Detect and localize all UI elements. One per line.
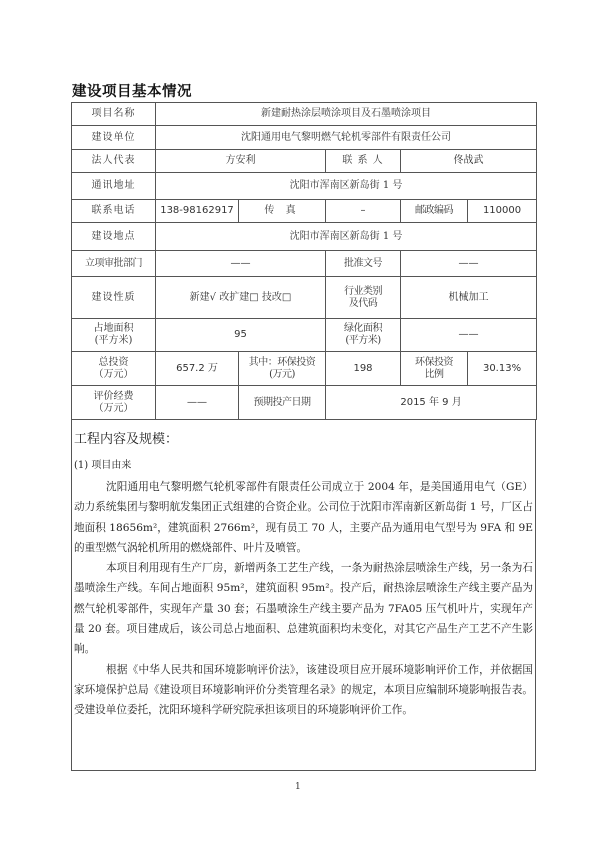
content-body: 沈阳通用电气黎明燃气轮机零部件有限责任公司成立于 2004 年，是美国通用电气（… xyxy=(74,477,533,721)
row-investment: 总投资 （万元） 657.2 万 其中：环保投资 (万元) 198 环保投资 比… xyxy=(72,352,537,386)
green-area-label-line2: (平方米) xyxy=(326,335,400,347)
row-site: 建设地点 沈阳市浑南区新岛街 1 号 xyxy=(72,223,537,251)
builder-label: 建设单位 xyxy=(72,126,156,150)
row-nature: 建设性质 新建√ 改扩建□ 技改□ 行业类别 及代码 机械加工 xyxy=(72,277,537,319)
project-name-value: 新建耐热涂层喷涂项目及石墨喷涂项目 xyxy=(156,103,537,126)
eval-fee-value: —— xyxy=(156,386,239,420)
investment-label-line2: （万元） xyxy=(72,369,155,381)
green-area-value: —— xyxy=(401,319,537,352)
nature-label: 建设性质 xyxy=(72,277,156,319)
fax-label: 传 真 xyxy=(239,200,326,223)
investment-label: 总投资 （万元） xyxy=(72,352,156,386)
env-investment-label-line1: 其中：环保投资 xyxy=(239,357,325,369)
approval-doc-label: 批准文号 xyxy=(326,251,401,277)
eval-fee-label-line2: （万元） xyxy=(72,403,155,415)
page-number: 1 xyxy=(295,782,301,792)
approval-dept-value: —— xyxy=(156,251,326,277)
row-approval: 立项审批部门 —— 批准文号 —— xyxy=(72,251,537,277)
contact-value: 佟战武 xyxy=(401,150,537,173)
industry-label-line1: 行业类别 xyxy=(326,286,400,298)
builder-value: 沈阳通用电气黎明燃气轮机零部件有限责任公司 xyxy=(156,126,537,150)
section-heading: 建设项目基本情况 xyxy=(72,80,192,101)
row-address: 通讯地址 沈阳市浑南区新岛街 1 号 xyxy=(72,173,537,200)
investment-value: 657.2 万 xyxy=(156,352,239,386)
green-area-label-line1: 绿化面积 xyxy=(326,323,400,335)
legal-rep-label: 法人代表 xyxy=(72,150,156,173)
project-content-box: 工程内容及规模： (1) 项目由来 沈阳通用电气黎明燃气轮机零部件有限责任公司成… xyxy=(71,419,536,771)
env-investment-label-line2: (万元) xyxy=(239,369,325,381)
eval-fee-label-line1: 评价经费 xyxy=(72,391,155,403)
eval-fee-label: 评价经费 （万元） xyxy=(72,386,156,420)
paragraph-1: 沈阳通用电气黎明燃气轮机零部件有限责任公司成立于 2004 年，是美国通用电气（… xyxy=(74,477,533,558)
paragraph-2: 本项目利用现有生产厂房，新增两条工艺生产线，一条为耐热涂层喷涂生产线，另一条为石… xyxy=(74,558,533,659)
phone-label: 联系电话 xyxy=(72,200,156,223)
production-date-value: 2015 年 9 月 xyxy=(326,386,537,420)
production-date-label: 预期投产日期 xyxy=(239,386,326,420)
fax-value: – xyxy=(326,200,401,223)
industry-label: 行业类别 及代码 xyxy=(326,277,401,319)
env-investment-value: 198 xyxy=(326,352,401,386)
postcode-value: 110000 xyxy=(468,200,537,223)
green-area-label: 绿化面积 (平方米) xyxy=(326,319,401,352)
legal-rep-value: 方安利 xyxy=(156,150,326,173)
site-label: 建设地点 xyxy=(72,223,156,251)
area-value: 95 xyxy=(156,319,326,352)
project-name-label: 项目名称 xyxy=(72,103,156,126)
approval-doc-value: —— xyxy=(401,251,537,277)
postcode-label: 邮政编码 xyxy=(401,200,468,223)
env-ratio-label: 环保投资 比例 xyxy=(401,352,468,386)
project-info-table: 项目名称 新建耐热涂层喷涂项目及石墨喷涂项目 建设单位 沈阳通用电气黎明燃气轮机… xyxy=(71,102,537,420)
env-ratio-value: 30.13% xyxy=(468,352,537,386)
row-area: 占地面积 (平方米) 95 绿化面积 (平方米) —— xyxy=(72,319,537,352)
env-ratio-label-line1: 环保投资 xyxy=(401,357,467,369)
area-label-line1: 占地面积 xyxy=(72,323,155,335)
row-eval-fee: 评价经费 （万元） —— 预期投产日期 2015 年 9 月 xyxy=(72,386,537,420)
env-ratio-label-line2: 比例 xyxy=(401,369,467,381)
address-label: 通讯地址 xyxy=(72,173,156,200)
row-project-name: 项目名称 新建耐热涂层喷涂项目及石墨喷涂项目 xyxy=(72,103,537,126)
content-subtitle: (1) 项目由来 xyxy=(74,456,131,471)
row-builder: 建设单位 沈阳通用电气黎明燃气轮机零部件有限责任公司 xyxy=(72,126,537,150)
address-value: 沈阳市浑南区新岛街 1 号 xyxy=(156,173,537,200)
nature-value: 新建√ 改扩建□ 技改□ xyxy=(156,277,326,319)
area-label: 占地面积 (平方米) xyxy=(72,319,156,352)
env-investment-label: 其中：环保投资 (万元) xyxy=(239,352,326,386)
contact-label: 联 系 人 xyxy=(326,150,401,173)
industry-value: 机械加工 xyxy=(401,277,537,319)
phone-value: 138-98162917 xyxy=(156,200,239,223)
area-label-line2: (平方米) xyxy=(72,335,155,347)
row-legal-rep: 法人代表 方安利 联 系 人 佟战武 xyxy=(72,150,537,173)
industry-label-line2: 及代码 xyxy=(326,298,400,310)
site-value: 沈阳市浑南区新岛街 1 号 xyxy=(156,223,537,251)
row-phone: 联系电话 138-98162917 传 真 – 邮政编码 110000 xyxy=(72,200,537,223)
investment-label-line1: 总投资 xyxy=(72,357,155,369)
paragraph-3: 根据《中华人民共和国环境影响评价法》，该建设项目应开展环境影响评价工作，并依据国… xyxy=(74,660,533,721)
content-title: 工程内容及规模： xyxy=(74,428,178,447)
approval-dept-label: 立项审批部门 xyxy=(72,251,156,277)
